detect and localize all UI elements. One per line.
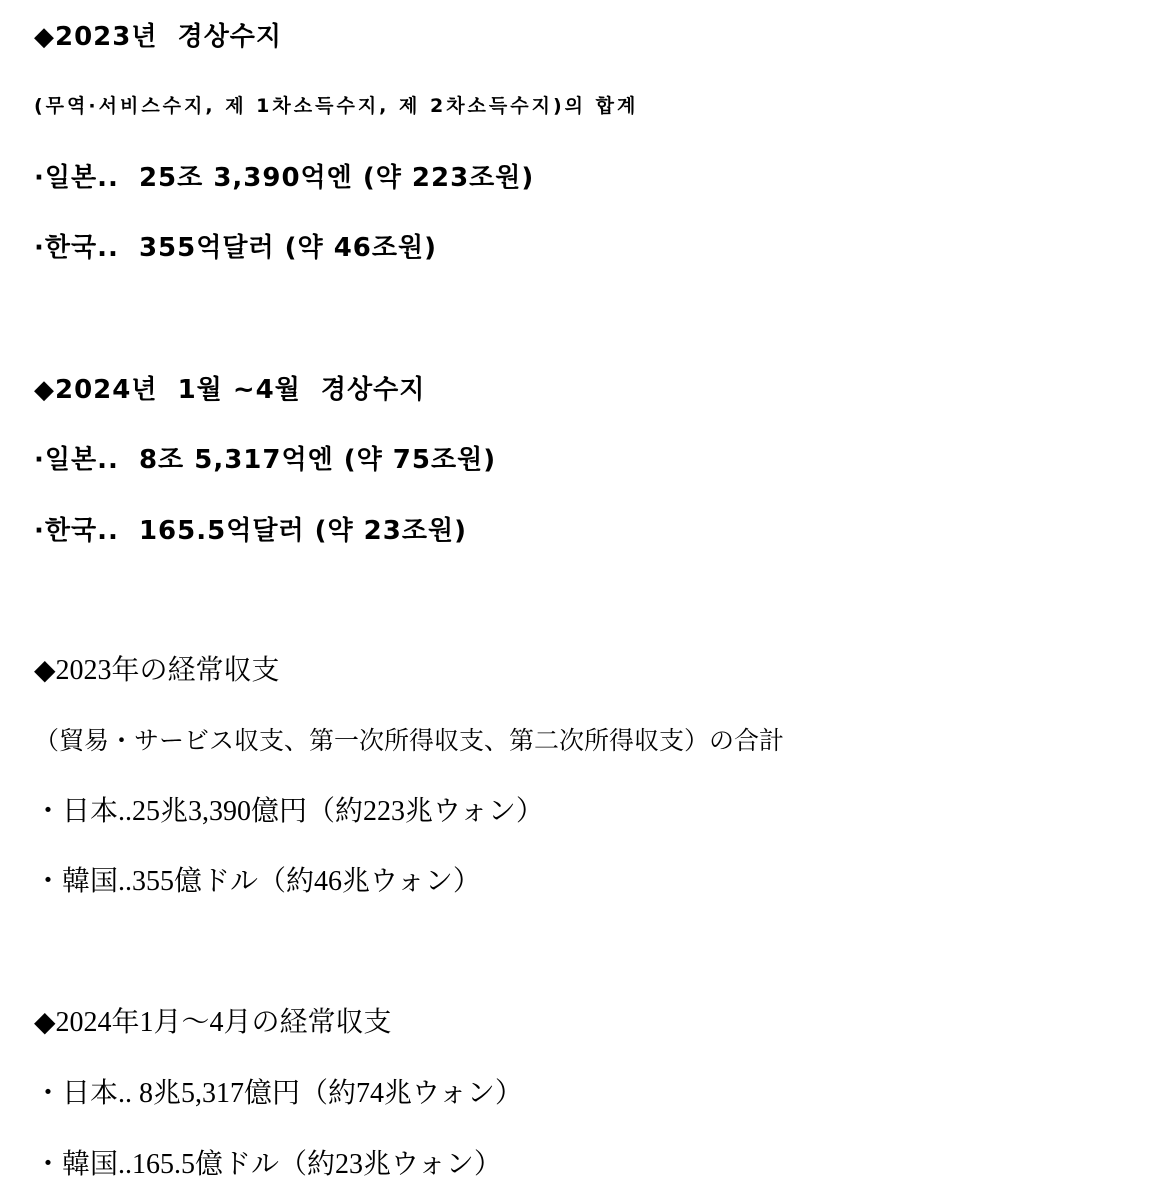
section-heading: ◆2024년 1월 ~4월 경상수지 [34, 377, 425, 403]
list-item-korea: ・韓国..165.5億ドル（約23兆ウォン） [34, 1151, 502, 1179]
section-subtitle: （貿易・サービス収支、第一次所得収支、第二次所得収支）の合計 [34, 729, 784, 754]
list-item-korea: ·한국.. 165.5억달러 (약 23조원) [34, 518, 467, 544]
section-subtitle: (무역·서비스수지, 제 1차소득수지, 제 2차소득수지)의 합계 [34, 97, 638, 116]
list-item-japan: ・日本.. 8兆5,317億円（約74兆ウォン） [34, 1080, 523, 1108]
list-item-japan: ·일본.. 8조 5,317억엔 (약 75조원) [34, 447, 496, 473]
section-heading: ◆2024年1月～4月の経常収支 [34, 1009, 392, 1037]
section-heading: ◆2023년 경상수지 [34, 24, 282, 50]
list-item-korea: ·한국.. 355억달러 (약 46조원) [34, 235, 437, 261]
section-heading: ◆2023年の経常収支 [34, 657, 280, 685]
list-item-japan: ・日本..25兆3,390億円（約223兆ウォン） [34, 798, 544, 826]
list-item-japan: ·일본.. 25조 3,390억엔 (약 223조원) [34, 165, 534, 191]
list-item-korea: ・韓国..355億ドル（約46兆ウォン） [34, 868, 481, 896]
